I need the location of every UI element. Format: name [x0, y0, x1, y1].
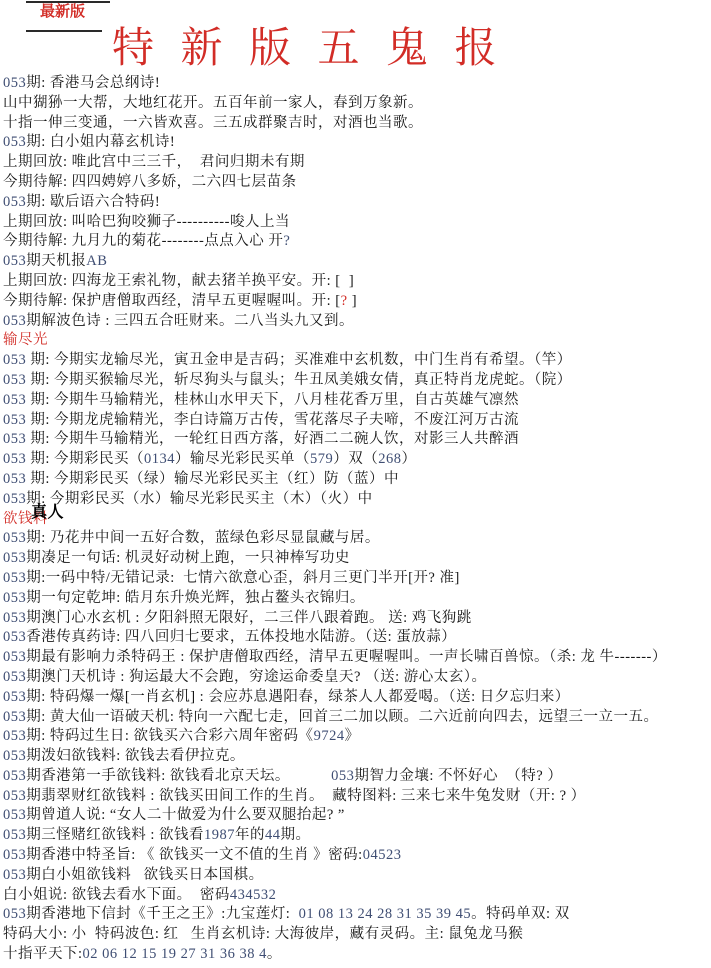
text-line: 今期待解: 九月九的菊花--------点点入心 开?: [3, 232, 711, 252]
numeric-segment: 053: [3, 412, 26, 428]
text-line: 053 期: 今期买猴输尽光，斩尽狗头与鼠头；牛丑凤美娥女倩，真正特肖龙虎蛇。（…: [3, 371, 711, 391]
text-segment: 白小姐说: 欲钱去看水下面。 密码: [3, 887, 230, 903]
text-segment: 期: 今期彩民买（: [26, 451, 144, 467]
numeric-segment: 053: [3, 392, 26, 408]
text-segment: 期泼妇欲钱料: 欲钱去看伊拉克。: [26, 748, 245, 764]
text-line: 欲钱料真人: [3, 510, 711, 530]
red-text-segment: ?: [341, 293, 348, 309]
text-segment: 期: 歇后语六合特码!: [26, 194, 160, 210]
red-text-segment: 输尽光: [3, 332, 48, 348]
numeric-segment: 053: [3, 867, 26, 883]
numeric-segment: 579: [310, 451, 333, 467]
text-line: 053期澳门天机诗 : 狗运最大不会跑，穷途运命委皇天? （送: 游心太玄）。: [3, 668, 711, 688]
numeric-segment: 1987: [204, 827, 235, 843]
numeric-segment: 04523: [363, 847, 402, 863]
text-segment: 期: 白小姐内幕玄机诗!: [26, 134, 175, 150]
text-segment: ）双（: [333, 451, 378, 467]
text-line: 053 期: 今期牛马输精光，一轮红日西方落，好酒二二碗人饮，对影三人共醉酒: [3, 430, 711, 450]
text-segment: 期香港第一手欲钱料: 欲钱看北京天坛。: [26, 768, 331, 784]
text-line: 十指一伸三变通，一六皆欢喜。三五成群聚吉时，对酒也当歌。: [3, 114, 711, 134]
text-segment: 上期回放: 四海龙王索礼物，献去猪羊换平安。开: [ ]: [3, 273, 354, 289]
text-line: 053期: 今期彩民买（水）输尽光彩民买主（木）（火）中: [3, 490, 711, 510]
text-line: 053期澳门心水玄机 : 夕阳斜照无限好，二三伴八跟着跑。 送: 鸡飞狗跳: [3, 609, 711, 629]
page: 最新版 特 新 版 五 鬼 报 053期: 香港马会总纲诗!山中猢狲一大帮，大地…: [0, 0, 711, 968]
text-line: 053期: 白小姐内幕玄机诗!: [3, 133, 711, 153]
numeric-segment: 053: [331, 768, 354, 784]
text-segment: 山中猢狲一大帮，大地红花开。五百年前一家人，春到万象新。: [3, 95, 423, 111]
page-title: 特 新 版 五 鬼 报: [112, 26, 505, 72]
text-line: 053 期: 今期实龙输尽光，寅丑金申是吉码；买准难中玄机数，中门生肖有希望。（…: [3, 351, 711, 371]
text-line: 053期解波色诗 : 三四五合旺财来。二八当头九又到。: [3, 312, 711, 332]
text-segment: 期。: [281, 827, 311, 843]
numeric-segment: 053: [3, 451, 26, 467]
text-line: 十指平天下:02 06 12 15 19 27 31 36 38 4。: [3, 945, 711, 965]
text-segment: 期: 今期彩民买（绿）输尽光彩民买主（红）防（蓝）中: [26, 471, 399, 487]
numeric-segment: 053: [3, 629, 26, 645]
text-line: 山中猢狲一大帮，大地红花开。五百年前一家人，春到万象新。: [3, 94, 711, 114]
numeric-segment: 053: [3, 352, 26, 368]
badge-bottom-rule: [26, 30, 102, 32]
text-segment: 期曾道人说: “女人二十做爱为什么要双腿抬起? ”: [26, 807, 345, 823]
overlap-stamp-text: 真人: [31, 503, 64, 523]
text-segment: 期: 今期龙虎输精光，李白诗篇万古传，雪花落尽子夫啼，不废江河万古流: [26, 412, 519, 428]
text-segment: 。特码单双: 双: [471, 906, 570, 922]
numeric-segment: 053: [3, 669, 26, 685]
latest-badge: 最新版: [26, 1, 112, 32]
text-segment: 期澳门天机诗 : 狗运最大不会跑，穷途运命委皇天? （送: 游心太玄）。: [26, 669, 486, 685]
numeric-segment: 053: [3, 906, 26, 922]
numeric-segment: 053: [3, 649, 26, 665]
text-line: 053期曾道人说: “女人二十做爱为什么要双腿抬起? ”: [3, 806, 711, 826]
text-segment: 今期待解: 保护唐僧取西经，清早五更喔喔叫。开: [: [3, 293, 341, 309]
numeric-segment: 053: [3, 847, 26, 863]
text-line: 053香港传真药诗: 四八回归七要求，五体投地水陆游。（送: 蛋放蒜）: [3, 628, 711, 648]
text-segment: 期: 今期牛马输精光，一轮红日西方落，好酒二二碗人饮，对影三人共醉酒: [26, 431, 519, 447]
text-segment: 期: 今期牛马输精光，桂林山水甲天下，八月桂花香万里，自古英雄气凛然: [26, 392, 519, 408]
numeric-segment: 053: [3, 748, 26, 764]
numeric-segment: 053: [3, 610, 26, 626]
text-segment: 十指一伸三变通，一六皆欢喜。三五成群聚吉时，对酒也当歌。: [3, 115, 423, 131]
numeric-segment: 9724: [314, 728, 345, 744]
text-line: 053 期: 今期彩民买（0134）输尽光彩民买单（579）双（268）: [3, 450, 711, 470]
numeric-segment: 01 08 13 24 28 31 35 39 45: [299, 906, 472, 922]
text-line: 053期: 特码爆一爆[一肖玄机] : 会应苏息遇阳春，绿茶人人都爱喝。（送: …: [3, 688, 711, 708]
text-line: 特码大小: 小 特码波色: 红 生肖玄机诗: 大海彼岸，藏有灵码。主: 鼠兔龙马…: [3, 925, 711, 945]
numeric-segment: 053: [3, 768, 26, 784]
text-segment: 》: [345, 728, 360, 744]
text-line: 053期: 特码过生日: 欲钱买六合彩六周年密码《9724》: [3, 727, 711, 747]
numeric-segment: AB: [86, 253, 107, 269]
text-segment: 期: 黄大仙一语破天机: 特向一六配七走，回首三二加以顾。二六近前向四去，远望三…: [26, 709, 658, 725]
numeric-segment: 053: [3, 709, 26, 725]
text-segment: 期: 乃花井中间一五好合数，蓝绿色彩尽显鼠藏与居。: [26, 530, 380, 546]
numeric-segment: 053: [3, 194, 26, 210]
text-segment: 期智力金壤: 不怀好心 （特? ）: [354, 768, 562, 784]
numeric-segment: 053: [3, 570, 26, 586]
numeric-segment: 053: [3, 75, 26, 91]
text-segment: ]: [348, 293, 357, 309]
masthead: 最新版 特 新 版 五 鬼 报: [0, 0, 711, 74]
text-line: 上期回放: 四海龙王索礼物，献去猪羊换平安。开: [ ]: [3, 272, 711, 292]
numeric-segment: 434532: [230, 887, 277, 903]
text-line: 上期回放: 叫哈巴狗咬狮子----------唆人上当: [3, 213, 711, 233]
numeric-segment: 053: [3, 827, 26, 843]
text-segment: 期: 香港马会总纲诗!: [26, 75, 160, 91]
text-segment: 期白小姐欲钱料 欲钱买日本国棋。: [26, 867, 263, 883]
text-segment: 期香港中特圣旨: 《 欲钱买一文不值的生肖 》密码:: [26, 847, 362, 863]
text-segment: 香港传真药诗: 四八回归七要求，五体投地水陆游。（送: 蛋放蒜）: [26, 629, 456, 645]
text-segment: ）: [402, 451, 417, 467]
text-segment: 期一句定乾坤: 皓月东升焕光辉，独占鳌头衣锦归。: [26, 590, 365, 606]
numeric-segment: 053: [3, 728, 26, 744]
text-line: 053期一句定乾坤: 皓月东升焕光辉，独占鳌头衣锦归。: [3, 589, 711, 609]
text-segment: 期: 今期买猴输尽光，斩尽狗头与鼠头；牛丑凤美娥女倩，真正特肖龙虎蛇。（院）: [26, 372, 572, 388]
text-segment: 今期待解: 九月九的菊花--------点点入心 开: [3, 233, 283, 249]
text-line: 053期: 香港马会总纲诗!: [3, 74, 711, 94]
numeric-segment: 02 06 12 15 19 27 31 36 38 4: [83, 946, 267, 962]
numeric-segment: ?: [283, 233, 290, 249]
text-line: 053期最有影响力杀特码王 : 保护唐僧取西经，清早五更喔喔叫。一声长啸百兽惊。…: [3, 648, 711, 668]
text-line: 上期回放: 唯此宫中三三千， 君问归期未有期: [3, 153, 711, 173]
text-line: 053期香港第一手欲钱料: 欲钱看北京天坛。 053期智力金壤: 不怀好心 （特…: [3, 767, 711, 787]
text-line: 053期香港地下信封《千王之王》:九宝莲灯: 01 08 13 24 28 31…: [3, 905, 711, 925]
numeric-segment: 053: [3, 689, 26, 705]
numeric-segment: 053: [3, 788, 26, 804]
badge-top-rule: [26, 1, 110, 3]
numeric-segment: 053: [3, 471, 26, 487]
text-segment: 今期待解: 四四娉婷八多娇，二六四七层苗条: [3, 174, 297, 190]
text-segment: 特码大小: 小 特码波色: 红 生肖玄机诗: 大海彼岸，藏有灵码。主: 鼠兔龙马…: [3, 926, 523, 942]
text-line: 053期: 黄大仙一语破天机: 特向一六配七走，回首三二加以顾。二六近前向四去，…: [3, 708, 711, 728]
text-line: 053期: 歇后语六合特码!: [3, 193, 711, 213]
text-segment: 期:一码中特/无错记录: 七情六欲意心歪，斜月三更门半开[开? 准]: [26, 570, 460, 586]
numeric-segment: 053: [3, 313, 26, 329]
text-line: 053期翡翠财红欲钱料 : 欲钱买田间工作的生肖。 藏特图料: 三来七来牛兔发财…: [3, 787, 711, 807]
text-line: 白小姐说: 欲钱去看水下面。 密码434532: [3, 886, 711, 906]
text-line: 输尽光: [3, 331, 711, 351]
text-segment: 期翡翠财红欲钱料 : 欲钱买田间工作的生肖。 藏特图料: 三来七来牛兔发财（开:…: [26, 788, 585, 804]
text-segment: 上期回放: 唯此宫中三三千， 君问归期未有期: [3, 154, 305, 170]
text-segment: 。: [267, 946, 282, 962]
text-segment: 上期回放: 叫哈巴狗咬狮子----------唆人上当: [3, 214, 290, 230]
numeric-segment: 053: [3, 590, 26, 606]
numeric-segment: 44: [265, 827, 281, 843]
text-segment: 期: 特码过生日: 欲钱买六合彩六周年密码《: [26, 728, 313, 744]
text-line: 053期:一码中特/无错记录: 七情六欲意心歪，斜月三更门半开[开? 准]: [3, 569, 711, 589]
numeric-segment: 053: [3, 431, 26, 447]
numeric-segment: 053: [3, 372, 26, 388]
numeric-segment: 268: [378, 451, 401, 467]
text-segment: 期解波色诗 : 三四五合旺财来。二八当头九又到。: [26, 313, 354, 329]
numeric-segment: 053: [3, 491, 26, 507]
text-line: 053 期: 今期牛马输精光，桂林山水甲天下，八月桂花香万里，自古英雄气凛然: [3, 391, 711, 411]
numeric-segment: 053: [3, 550, 26, 566]
content-lines: 053期: 香港马会总纲诗!山中猢狲一大帮，大地红花开。五百年前一家人，春到万象…: [3, 74, 711, 965]
text-segment: 期: 今期实龙输尽光，寅丑金申是吉码；买准难中玄机数，中门生肖有希望。（竿）: [26, 352, 572, 368]
text-line: 053 期: 今期龙虎输精光，李白诗篇万古传，雪花落尽子夫啼，不废江河万古流: [3, 411, 711, 431]
text-segment: 期澳门心水玄机 : 夕阳斜照无限好，二三伴八跟着跑。 送: 鸡飞狗跳: [26, 610, 472, 626]
text-line: 053期天机报AB: [3, 252, 711, 272]
text-segment: 期凑足一句话: 机灵好动树上跑，一只神棒写功史: [26, 550, 350, 566]
numeric-segment: 053: [3, 807, 26, 823]
text-segment: 期: 特码爆一爆[一肖玄机] : 会应苏息遇阳春，绿茶人人都爱喝。（送: 日夕忘…: [26, 689, 570, 705]
text-segment: 期三怪赌红欲钱料 : 欲钱看: [26, 827, 204, 843]
numeric-segment: 053: [3, 253, 26, 269]
latest-badge-label: 最新版: [26, 4, 87, 21]
numeric-segment: 0134: [144, 451, 175, 467]
text-line: 053期凑足一句话: 机灵好动树上跑，一只神棒写功史: [3, 549, 711, 569]
text-line: 今期待解: 四四娉婷八多娇，二六四七层苗条: [3, 173, 711, 193]
text-line: 053期香港中特圣旨: 《 欲钱买一文不值的生肖 》密码:04523: [3, 846, 711, 866]
numeric-segment: 053: [3, 134, 26, 150]
text-segment: 期: 今期彩民买（水）输尽光彩民买主（木）（火）中: [26, 491, 372, 507]
text-line: 今期待解: 保护唐僧取西经，清早五更喔喔叫。开: [? ]: [3, 292, 711, 312]
text-segment: 十指平天下:: [3, 946, 83, 962]
text-line: 053 期: 今期彩民买（绿）输尽光彩民买主（红）防（蓝）中: [3, 470, 711, 490]
text-segment: 期最有影响力杀特码王 : 保护唐僧取西经，清早五更喔喔叫。一声长啸百兽惊。（杀:…: [26, 649, 667, 665]
text-segment: 期香港地下信封《千王之王》:九宝莲灯:: [26, 906, 298, 922]
numeric-segment: 053: [3, 530, 26, 546]
text-segment: 期天机报: [26, 253, 86, 269]
text-line: 053期泼妇欲钱料: 欲钱去看伊拉克。: [3, 747, 711, 767]
text-line: 053期白小姐欲钱料 欲钱买日本国棋。: [3, 866, 711, 886]
text-line: 053期: 乃花井中间一五好合数，蓝绿色彩尽显鼠藏与居。: [3, 529, 711, 549]
text-segment: 年的: [235, 827, 265, 843]
text-segment: ）输尽光彩民买单（: [175, 451, 310, 467]
text-line: 053期三怪赌红欲钱料 : 欲钱看1987年的44期。: [3, 826, 711, 846]
